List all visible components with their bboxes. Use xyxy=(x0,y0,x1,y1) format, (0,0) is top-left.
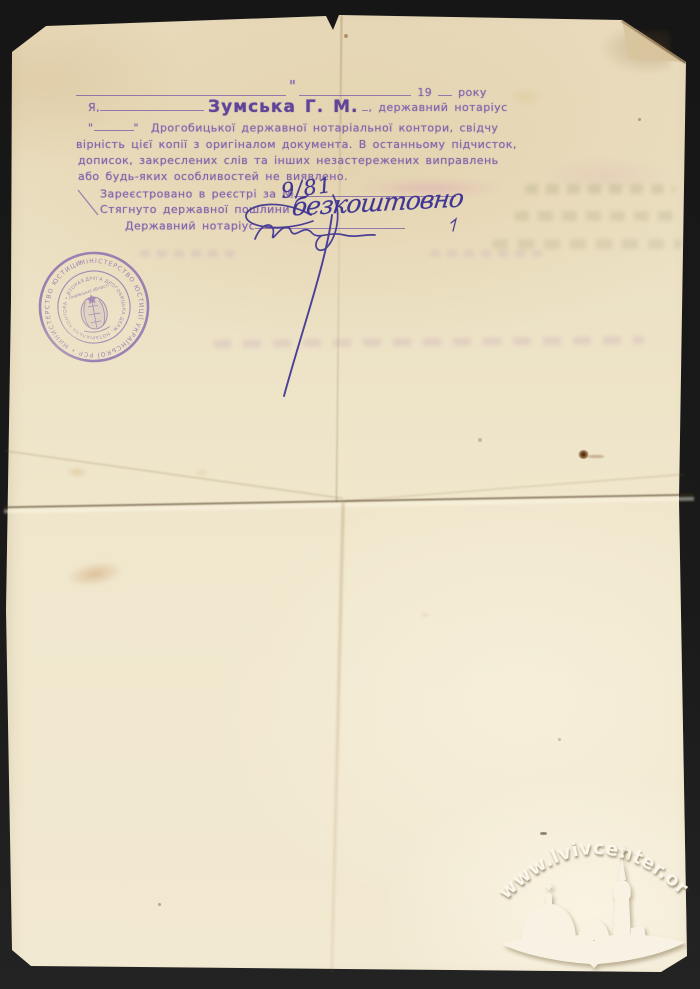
seal-ink-fade xyxy=(34,300,104,370)
left-dome xyxy=(522,893,576,940)
watermark-url-text: www.lvivcenter.org xyxy=(494,822,693,903)
signature-tick xyxy=(451,219,456,231)
blank-line xyxy=(76,86,286,96)
blank-line xyxy=(100,101,204,111)
stamp-line-3: вірність цієї копії з оригіналом докумен… xyxy=(76,138,517,151)
pronoun: Я, xyxy=(88,101,100,114)
notary-signature xyxy=(225,193,485,408)
blank-line xyxy=(94,121,134,131)
stamp-line-office: "" Дрогобицької державної нотаріальної к… xyxy=(88,121,498,134)
quote-mark: " xyxy=(134,121,140,134)
quote-mark: " xyxy=(289,77,296,95)
spire-ball xyxy=(620,854,624,858)
signature-flourish-loop xyxy=(246,204,313,227)
notary-title: , державний нотаріус xyxy=(368,101,507,114)
middle-dome xyxy=(578,920,610,940)
blank-line xyxy=(299,86,411,96)
left-dome-cross xyxy=(546,883,553,890)
pen-slash-mark xyxy=(74,188,104,218)
blank-line xyxy=(438,86,452,96)
stamp-line-4: дописок, закреслених слів та інших незас… xyxy=(78,154,499,167)
office-text: Дрогобицької державної нотаріальної конт… xyxy=(151,121,498,134)
lvivcenter-watermark: www.lvivcenter.org xyxy=(494,822,698,986)
fold-corner-shadow xyxy=(600,30,670,75)
signature-long-downstroke xyxy=(284,215,332,396)
scanned-document-photo: " 19 року Я,Зумська Г. М., державний нот… xyxy=(0,0,700,989)
tower-bulb xyxy=(613,880,631,898)
stamp-line-notary-name: Я,Зумська Г. М., державний нотаріус xyxy=(88,96,508,116)
tower-body xyxy=(613,898,631,940)
notary-name: Зумська Г. М. xyxy=(208,97,358,117)
signature-scribble xyxy=(255,225,375,239)
right-annex xyxy=(631,926,646,940)
